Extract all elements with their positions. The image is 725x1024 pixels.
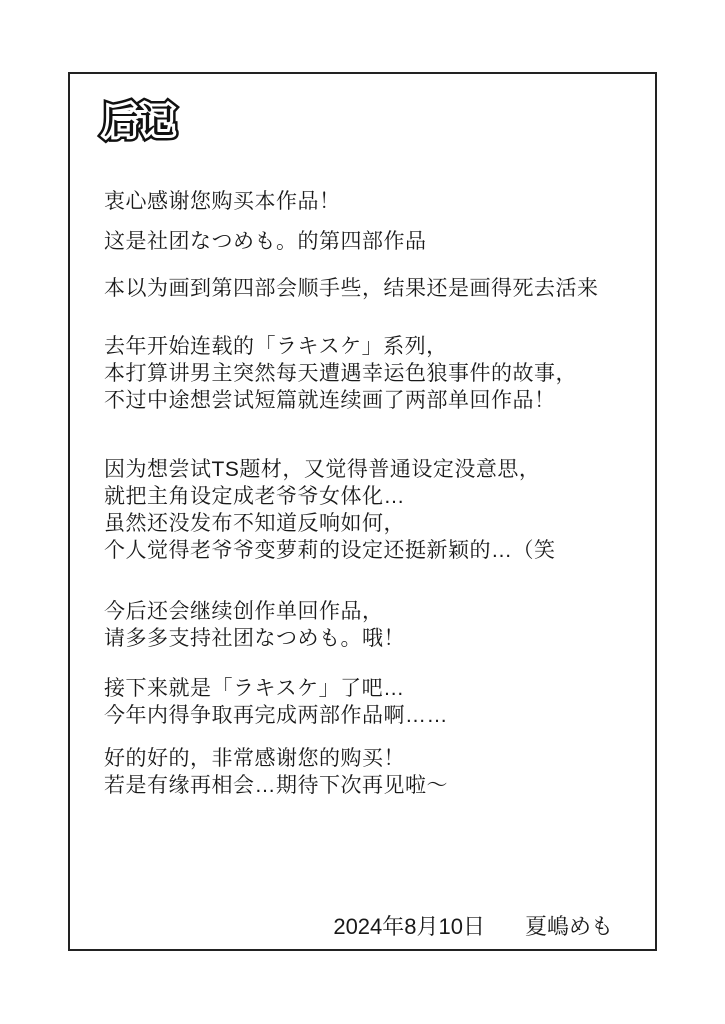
text-line: 若是有缘再相会…期待下次再见啦～: [104, 772, 635, 799]
text-line: 个人觉得老爷爷变萝莉的设定还挺新颖的…（笑: [104, 537, 635, 564]
paragraph-next-plans: 接下来就是「ラキスケ」了吧… 今年内得争取再完成两部作品啊……: [104, 675, 635, 729]
paragraph-series: 去年开始连载的「ラキスケ」系列， 本打算讲男主突然每天遭遇幸运色狼事件的故事， …: [104, 333, 635, 414]
footer-signature: 2024年8月10日 夏嶋めも: [333, 913, 613, 940]
text-line: 本以为画到第四部会顺手些，结果还是画得死去活来: [104, 275, 635, 302]
page-frame: 后记 后记 后记 衷心感谢您购买本作品！ 这是社团なつめも。的第四部作品 本以为…: [68, 72, 657, 951]
page-content: 后记 后记 后记 衷心感谢您购买本作品！ 这是社团なつめも。的第四部作品 本以为…: [104, 74, 635, 799]
page-title: 后记 后记 后记: [104, 101, 176, 144]
paragraph-circle-intro: 这是社团なつめも。的第四部作品: [104, 228, 635, 255]
paragraph-farewell: 好的好的，非常感谢您的购买！ 若是有缘再相会…期待下次再见啦～: [104, 745, 635, 799]
text-line: 好的好的，非常感谢您的购买！: [104, 745, 635, 772]
text-line: 不过中途想尝试短篇就连续画了两部单回作品！: [104, 387, 635, 414]
footer-author-name: 夏嶋めも: [525, 913, 613, 940]
text-line: 接下来就是「ラキスケ」了吧…: [104, 675, 635, 702]
text-line: 去年开始连载的「ラキスケ」系列，: [104, 333, 635, 360]
text-line: 就把主角设定成老爷爷女体化…: [104, 483, 635, 510]
text-line: 衷心感谢您购买本作品！: [104, 188, 635, 215]
paragraph-future-works: 今后还会继续创作单回作品， 请多多支持社团なつめも。哦！: [104, 598, 635, 652]
paragraph-thanks: 衷心感谢您购买本作品！: [104, 188, 635, 215]
text-line: 这是社团なつめも。的第四部作品: [104, 228, 635, 255]
text-line: 因为想尝试TS题材，又觉得普通设定没意思，: [104, 456, 635, 483]
text-line: 今年内得争取再完成两部作品啊……: [104, 702, 635, 729]
paragraph-ts-theme: 因为想尝试TS题材，又觉得普通设定没意思， 就把主角设定成老爷爷女体化… 虽然还…: [104, 456, 635, 564]
afterword-page: 后记 后记 后记 衷心感谢您购买本作品！ 这是社团なつめも。的第四部作品 本以为…: [0, 0, 725, 1024]
text-line: 本打算讲男主突然每天遭遇幸运色狼事件的故事，: [104, 360, 635, 387]
paragraph-fourth-work: 本以为画到第四部会顺手些，结果还是画得死去活来: [104, 275, 635, 302]
title-text: 后记: [104, 103, 176, 141]
text-line: 请多多支持社团なつめも。哦！: [104, 625, 635, 652]
text-line: 今后还会继续创作单回作品，: [104, 598, 635, 625]
text-line: 虽然还没发布不知道反响如何，: [104, 510, 635, 537]
footer-date: 2024年8月10日: [333, 913, 485, 940]
